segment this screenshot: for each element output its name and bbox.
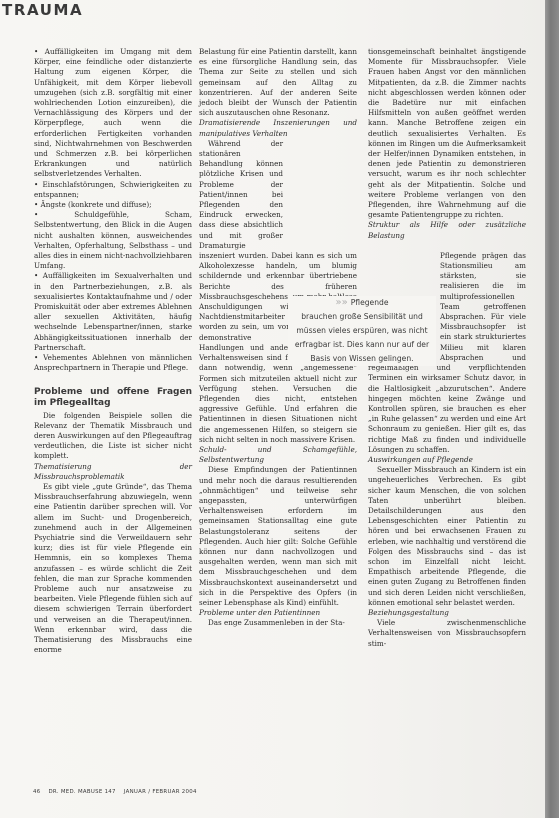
paragraph: Das enge Zusammenleben in der Sta- xyxy=(199,618,357,628)
journal-name: DR. MED. MABUSE 147 xyxy=(48,789,115,795)
bullet-item: • Vehementes Ablehnen von männlichen Ans… xyxy=(34,353,192,373)
paragraph: Diese Empfindungen der Patientinnen und … xyxy=(199,465,357,608)
subheading: Auswirkungen auf Pflegende xyxy=(368,455,526,465)
pull-quote-text: brauchen große Sensibilität und müssen v… xyxy=(288,310,436,366)
paragraph: Die folgenden Beispiele sollen die Relev… xyxy=(34,411,192,462)
paragraph: Sexueller Missbrauch an Kindern ist ein … xyxy=(368,465,526,608)
page-number: 46 xyxy=(33,789,40,795)
subheading: Beziehungsgestaltung xyxy=(368,608,526,618)
pullquote-gap xyxy=(283,139,357,244)
subheading: Schuld- und Schamgefühle, Selbstentwertu… xyxy=(199,445,357,465)
bullet-item: • Einschlafstörungen, Schwierigkeiten zu… xyxy=(34,180,192,200)
bullet-item: • Auffälligkeiten im Sexualverhalten und… xyxy=(34,271,192,353)
pull-quote: »»Pflegende brauchen große Sensibilität … xyxy=(288,296,436,366)
bullet-item: • Schuldgefühle, Scham, Selbstentwertung… xyxy=(34,210,192,271)
page-binding-edge xyxy=(545,0,559,818)
magazine-page: TRAUMA • Auffälligkeiten im Umgang mit d… xyxy=(0,0,545,818)
section-heading: Probleme und offene Fragen im Pflegeallt… xyxy=(34,387,192,409)
subheading: Dramatisierende Inszenierungen und manip… xyxy=(199,118,357,138)
section-header: TRAUMA xyxy=(2,1,83,19)
bullet-item: • Auffälligkeiten im Umgang mit dem Körp… xyxy=(34,47,192,180)
paragraph: Viele zwischenmenschliche Verhaltensweis… xyxy=(368,618,526,649)
paragraph: Belastung für eine Patientin darstellt, … xyxy=(199,47,357,118)
subheading: Probleme unter den Patientinnen xyxy=(199,608,357,618)
issue-date: JANUAR / FEBRUAR 2004 xyxy=(124,789,197,795)
bullet-item: • Ängste (konkrete und diffuse); xyxy=(34,200,192,210)
double-chevron-arrow-icon: »» xyxy=(335,296,347,310)
page-footer: 46 DR. MED. MABUSE 147 JANUAR / FEBRUAR … xyxy=(33,789,203,795)
pull-quote-lead: Pflegende xyxy=(351,298,389,307)
paragraph: tionsgemeinschaft beinhaltet ängstigende… xyxy=(368,47,526,220)
subheading: Thematisierung der Missbrauchsproblemati… xyxy=(34,462,192,482)
paragraph: Es gibt viele „gute Gründe“, das Thema M… xyxy=(34,482,192,655)
text-column-1: • Auffälligkeiten im Umgang mit dem Körp… xyxy=(34,47,192,655)
paragraph: Während der stationären Behandlung könne… xyxy=(199,139,357,445)
subheading: Struktur als Hilfe oder zusätzliche Bela… xyxy=(368,220,526,240)
